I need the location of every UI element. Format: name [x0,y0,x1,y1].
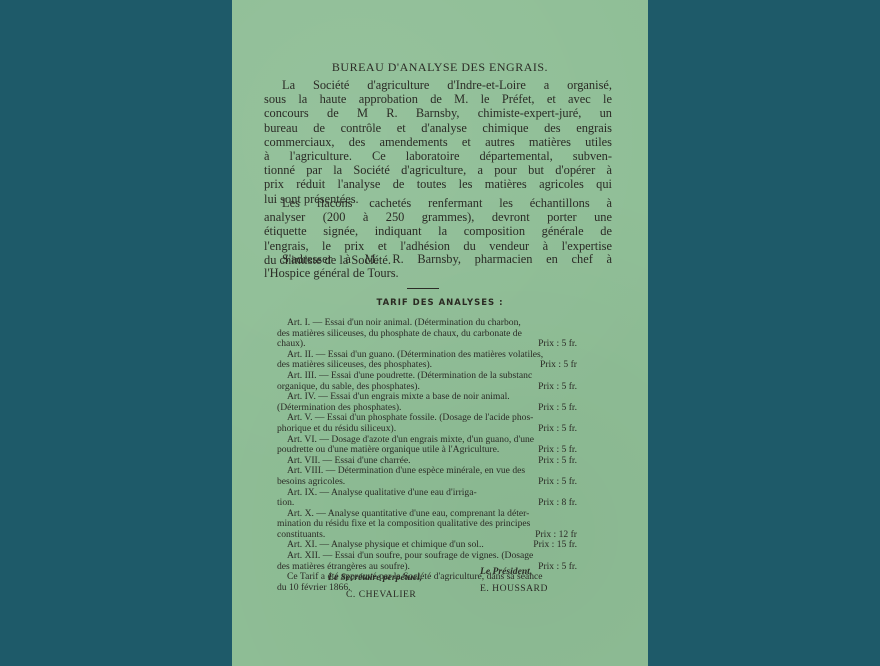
text-line: à l'agriculture. Ce laboratoire départem… [264,149,612,163]
tarif-price: Prix : 5 fr. [538,477,577,488]
tarif-text: Art. V. — Essai d'un phosphate fossile. … [287,412,533,423]
tarif-text: Art. I. — Essai d'un noir animal. (Déter… [287,317,521,328]
tarif-line: Art. IX. — Analyse qualitative d'une eau… [277,488,577,499]
tarif-text: Art. XI. — Analyse physique et chimique … [287,539,484,550]
tarif-text: Art. II. — Essai d'un guano. (Déterminat… [287,349,543,360]
tarif-price: Prix : 5 fr. [538,456,577,467]
tarif-text: Art. X. — Analyse quantitative d'une eau… [287,508,529,519]
text-line: sous la haute approbation de M. le Préfe… [264,92,612,106]
text-line: étiquette signée, indiquant la compositi… [264,224,612,238]
tarif-list: Art. I. — Essai d'un noir animal. (Déter… [277,318,577,593]
text-line: prix réduit l'analyse de toutes les mati… [264,177,612,191]
tarif-text: poudrette ou d'une matière organique uti… [277,444,499,455]
signature-secretary: Le Secrétaire perpétuel, C. CHEVALIER [328,572,422,600]
paragraph-contact: S'adresser à M. R. Barnsby, pharmacien e… [264,252,612,280]
text-line: tionné par la Société d'agriculture, a p… [264,163,612,177]
text-line: analyser (200 à 250 grammes), devront po… [264,210,612,224]
tarif-text: des matières siliceuses, du phosphate de… [277,328,522,339]
document-page: BUREAU D'ANALYSE DES ENGRAIS. La Société… [232,0,648,666]
text-line: commerciaux, des amendements et autres m… [264,135,612,149]
tarif-price: Prix : 15 fr. [533,540,577,551]
tarif-text: Art. VII. — Essai d'une charrée. [287,455,411,466]
tarif-text: Art. III. — Essai d'une poudrette. (Déte… [287,370,532,381]
tarif-text: tion. [277,497,294,508]
text-line: S'adresser à M. R. Barnsby, pharmacien e… [264,252,612,266]
tarif-text: des matières siliceuses, des phosphates)… [277,359,432,370]
signature-name: E. HOUSSARD [480,583,548,594]
tarif-text: organique, du sable, des phosphates). [277,381,420,392]
tarif-price: Prix : 5 fr. [538,382,577,393]
tarif-price: Prix : 8 fr. [538,498,577,509]
tarif-text: constituants. [277,529,325,540]
tarif-text: Art. IV. — Essai d'un engrais mixte a ba… [287,391,510,402]
tarif-price: Prix : 5 fr. [538,339,577,350]
text-line: l'engrais, le prix et l'adhésion du vend… [264,239,612,253]
signature-name: C. CHEVALIER [328,589,422,600]
tarif-text: mination du résidu fixe et la compositio… [277,518,530,529]
text-line: concours de M R. Barnsby, chimiste-exper… [264,106,612,120]
tarif-text: Art. XII. — Essai d'un soufre, pour souf… [287,550,533,561]
tarif-text: chaux). [277,338,306,349]
tarif-text: besoins agricoles. [277,476,345,487]
tarif-price: Prix : 5 fr. [538,424,577,435]
tarif-text: Art. VI. — Dosage d'azote d'un engrais m… [287,434,534,445]
tarif-price: Prix : 5 fr. [538,403,577,414]
tarif-text: des matières étrangères au soufre). [277,561,410,572]
signature-president: Le Président, E. HOUSSARD [480,566,548,594]
signature-role: Le Président, [480,566,548,577]
tarif-text: (Détermination des phosphates). [277,402,401,413]
tarif-text: Art. IX. — Analyse qualitative d'une eau… [287,487,477,498]
divider [407,288,439,289]
signature-role: Le Secrétaire perpétuel, [328,572,422,583]
text-line: l'Hospice général de Tours. [264,266,612,280]
text-line: Les flacons cachetés renfermant les écha… [264,196,612,210]
tarif-heading: TARIF DES ANALYSES : [232,298,648,308]
tarif-text: phorique et du résidu siliceux). [277,423,396,434]
document-title: BUREAU D'ANALYSE DES ENGRAIS. [232,60,648,75]
text-line: La Société d'agriculture d'Indre-et-Loir… [264,78,612,92]
tarif-line: des matières siliceuses, du phosphate de… [277,329,577,340]
tarif-price: Prix : 5 fr [540,360,577,371]
paragraph-intro: La Société d'agriculture d'Indre-et-Loir… [264,78,612,206]
text-line: bureau de contrôle et d'analyse chimique… [264,121,612,135]
tarif-text: Art. VIII. — Détermination d'une espèce … [287,465,525,476]
